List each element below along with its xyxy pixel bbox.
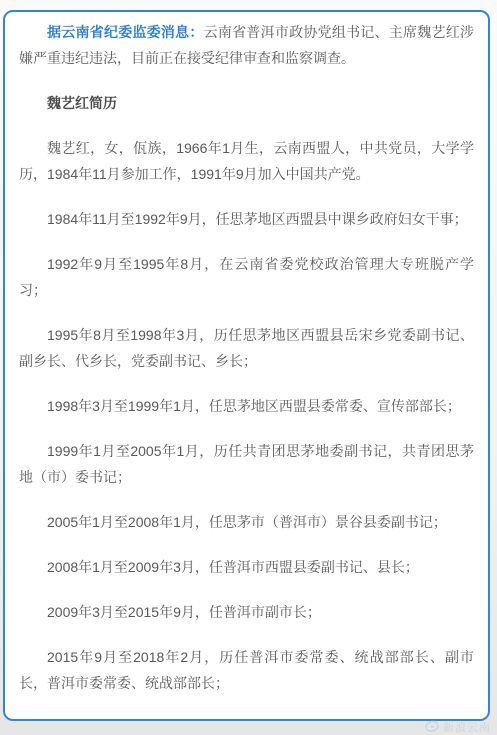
timeline-entry: 1999年1月至2005年1月，历任共青团思茅地委副书记，共青团思茅地（市）委书… [19, 438, 474, 490]
timeline-entry: 1984年11月至1992年9月，任思茅地区西盟县中课乡政府妇女干事； [19, 206, 474, 232]
weibo-swirl-icon [424, 719, 440, 735]
timeline-entry: 2015年9月至2018年2月，历任普洱市委常委、统战部部长、副市长，普洱市委常… [19, 644, 474, 696]
section-title: 魏艺红简历 [19, 90, 474, 116]
watermark-text: 新浪云南 [443, 719, 491, 735]
timeline-entry: 2018年2月至今，任普洱市政协党组书记、主席。 [19, 715, 474, 721]
timeline-entry: 2008年1月至2009年3月，任普洱市西盟县委副书记、县长； [19, 554, 474, 580]
article-card: 据云南省纪委监委消息：云南省普洱市政协党组书记、主席魏艺红涉嫌严重违纪违法，目前… [3, 10, 490, 721]
timeline-entry: 2009年3月至2015年9月，任普洱市副市长； [19, 599, 474, 625]
timeline-entry: 2005年1月至2008年1月，任思茅市（普洱市）景谷县委副书记； [19, 509, 474, 535]
watermark: 新浪云南 [424, 719, 491, 735]
timeline-entry: 1998年3月至1999年1月，任思茅地区西盟县委常委、宣传部部长； [19, 393, 474, 419]
page-background: 据云南省纪委监委消息：云南省普洱市政协党组书记、主席魏艺红涉嫌严重违纪违法，目前… [0, 0, 497, 735]
source-label: 据云南省纪委监委消息： [47, 24, 204, 40]
lead-paragraph: 据云南省纪委监委消息：云南省普洱市政协党组书记、主席魏艺红涉嫌严重违纪违法，目前… [19, 19, 474, 71]
bio-paragraph: 魏艺红，女，佤族，1966年1月生，云南西盟人，中共党员，大学学历，1984年1… [19, 135, 474, 187]
timeline-entry: 1995年8月至1998年3月，历任思茅地区西盟县岳宋乡党委副书记、副乡长、代乡… [19, 322, 474, 374]
timeline-entry: 1992年9月至1995年8月，在云南省委党校政治管理大专班脱产学习； [19, 251, 474, 303]
